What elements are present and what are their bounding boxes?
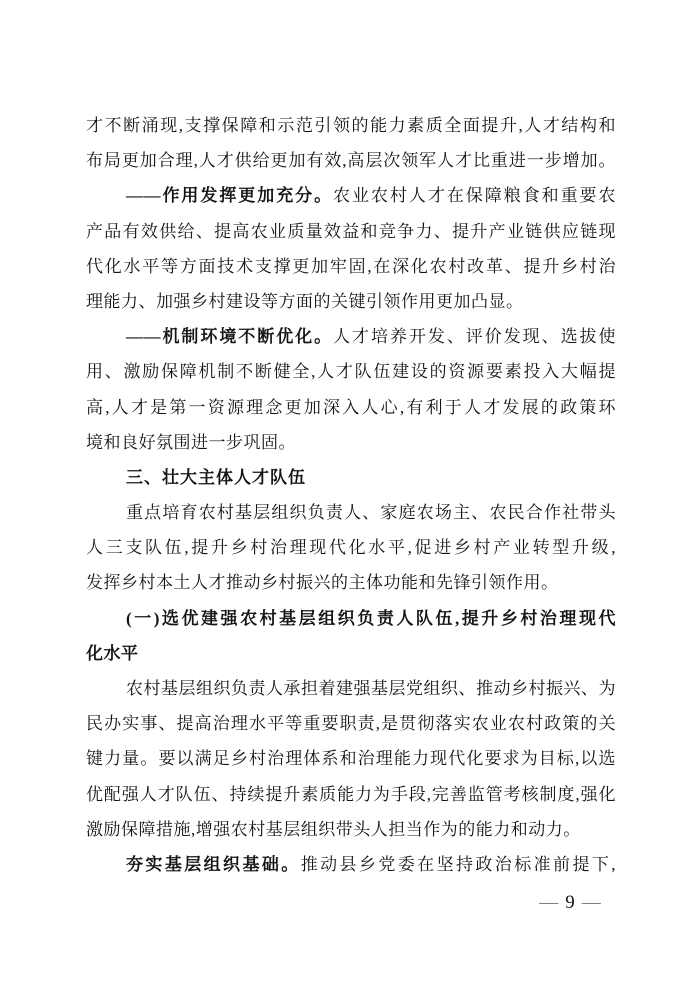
- text-line: ——作用发挥更加充分。农业农村人才在保障粮食和重要农: [86, 178, 616, 213]
- text-line: 发挥乡村本土人才推动乡村振兴的主体功能和先锋引领作用。: [86, 565, 616, 600]
- body-text: 境和良好氛围进一步巩固。: [86, 433, 296, 452]
- body-text: 键力量。要以满足乡村治理体系和治理能力现代化要求为目标,以选: [86, 749, 616, 768]
- body-text: 农村基层组织负责人承担着建强基层党组织、推动乡村振兴、为: [126, 679, 616, 698]
- page-number-value: 9: [558, 892, 582, 913]
- text-line: 用、激励保障机制不断健全,人才队伍建设的资源要素投入大幅提: [86, 354, 616, 389]
- subsection-heading: 化水平: [86, 636, 616, 671]
- section-heading: 三、壮大主体人才队伍: [86, 460, 616, 495]
- body-text: 人才培养开发、评价发现、选拔使: [333, 327, 616, 346]
- text-block: 才不断涌现,支撑保障和示范引领的能力素质全面提升,人才结构和 布局更加合理,人才…: [86, 108, 616, 882]
- body-text: 推动县乡党委在坚持政治标准前提下,: [301, 855, 616, 874]
- body-text: 发挥乡村本土人才推动乡村振兴的主体功能和先锋引领作用。: [86, 573, 559, 592]
- text-line: 代化水平等方面技术支撑更加牢固,在深化农村改革、提升乡村治: [86, 249, 616, 284]
- bold-run-header: 夯实基层组织基础。: [126, 855, 301, 874]
- body-text: 理能力、加强乡村建设等方面的关键引领作用更加凸显。: [86, 292, 524, 311]
- text-line: 键力量。要以满足乡村治理体系和治理能力现代化要求为目标,以选: [86, 741, 616, 776]
- body-text: 激励保障措施,增强农村基层组织带头人担当作为的能力和动力。: [86, 820, 581, 839]
- bold-run-header: ——机制环境不断优化。: [126, 327, 333, 346]
- page-number-dash: —: [539, 892, 558, 913]
- subsection-heading-text: (一)选优建强农村基层组织负责人队伍,提升乡村治理现代: [126, 609, 616, 628]
- body-text: 民办实事、提高治理水平等重要职责,是贯彻落实农业农村政策的关: [86, 714, 616, 733]
- page-number-dash: —: [582, 892, 601, 913]
- text-line: 布局更加合理,人才供给更加有效,高层次领军人才比重进一步增加。: [86, 143, 616, 178]
- body-text: 高,人才是第一资源理念更加深入人心,有利于人才发展的政策环: [86, 398, 616, 417]
- subsection-heading: (一)选优建强农村基层组织负责人队伍,提升乡村治理现代: [86, 601, 616, 636]
- body-text: 布局更加合理,人才供给更加有效,高层次领军人才比重进一步增加。: [86, 151, 616, 170]
- section-heading-text: 三、壮大主体人才队伍: [126, 468, 306, 487]
- body-text: 代化水平等方面技术支撑更加牢固,在深化农村改革、提升乡村治: [86, 257, 616, 276]
- text-line: 产品有效供给、提高农业质量效益和竞争力、提升产业链供应链现: [86, 214, 616, 249]
- text-line: 境和良好氛围进一步巩固。: [86, 425, 616, 460]
- body-text: 才不断涌现,支撑保障和示范引领的能力素质全面提升,人才结构和: [86, 116, 616, 135]
- body-text: 重点培育农村基层组织负责人、家庭农场主、农民合作社带头: [126, 503, 616, 522]
- bold-run-header: ——作用发挥更加充分。: [126, 186, 333, 205]
- document-page: 才不断涌现,支撑保障和示范引领的能力素质全面提升,人才结构和 布局更加合理,人才…: [0, 0, 700, 990]
- body-text: 产品有效供给、提高农业质量效益和竞争力、提升产业链供应链现: [86, 222, 616, 241]
- text-line: 激励保障措施,增强农村基层组织带头人担当作为的能力和动力。: [86, 812, 616, 847]
- subsection-heading-text: 化水平: [86, 644, 139, 663]
- text-line: 民办实事、提高治理水平等重要职责,是贯彻落实农业农村政策的关: [86, 706, 616, 741]
- text-line: 理能力、加强乡村建设等方面的关键引领作用更加凸显。: [86, 284, 616, 319]
- body-text: 人三支队伍,提升乡村治理现代化水平,促进乡村产业转型升级,: [86, 538, 616, 557]
- text-line: 夯实基层组织基础。推动县乡党委在坚持政治标准前提下,: [86, 847, 616, 882]
- text-line: 优配强人才队伍、持续提升素质能力为手段,完善监管考核制度,强化: [86, 777, 616, 812]
- text-line: 农村基层组织负责人承担着建强基层党组织、推动乡村振兴、为: [86, 671, 616, 706]
- text-line: 高,人才是第一资源理念更加深入人心,有利于人才发展的政策环: [86, 390, 616, 425]
- page-number: —9—: [532, 890, 608, 916]
- body-text: 用、激励保障机制不断健全,人才队伍建设的资源要素投入大幅提: [86, 362, 616, 381]
- body-text: 农业农村人才在保障粮食和重要农: [333, 186, 616, 205]
- text-line: 才不断涌现,支撑保障和示范引领的能力素质全面提升,人才结构和: [86, 108, 616, 143]
- text-line: 重点培育农村基层组织负责人、家庭农场主、农民合作社带头: [86, 495, 616, 530]
- text-line: 人三支队伍,提升乡村治理现代化水平,促进乡村产业转型升级,: [86, 530, 616, 565]
- body-text: 优配强人才队伍、持续提升素质能力为手段,完善监管考核制度,强化: [86, 785, 616, 804]
- text-line: ——机制环境不断优化。人才培养开发、评价发现、选拔使: [86, 319, 616, 354]
